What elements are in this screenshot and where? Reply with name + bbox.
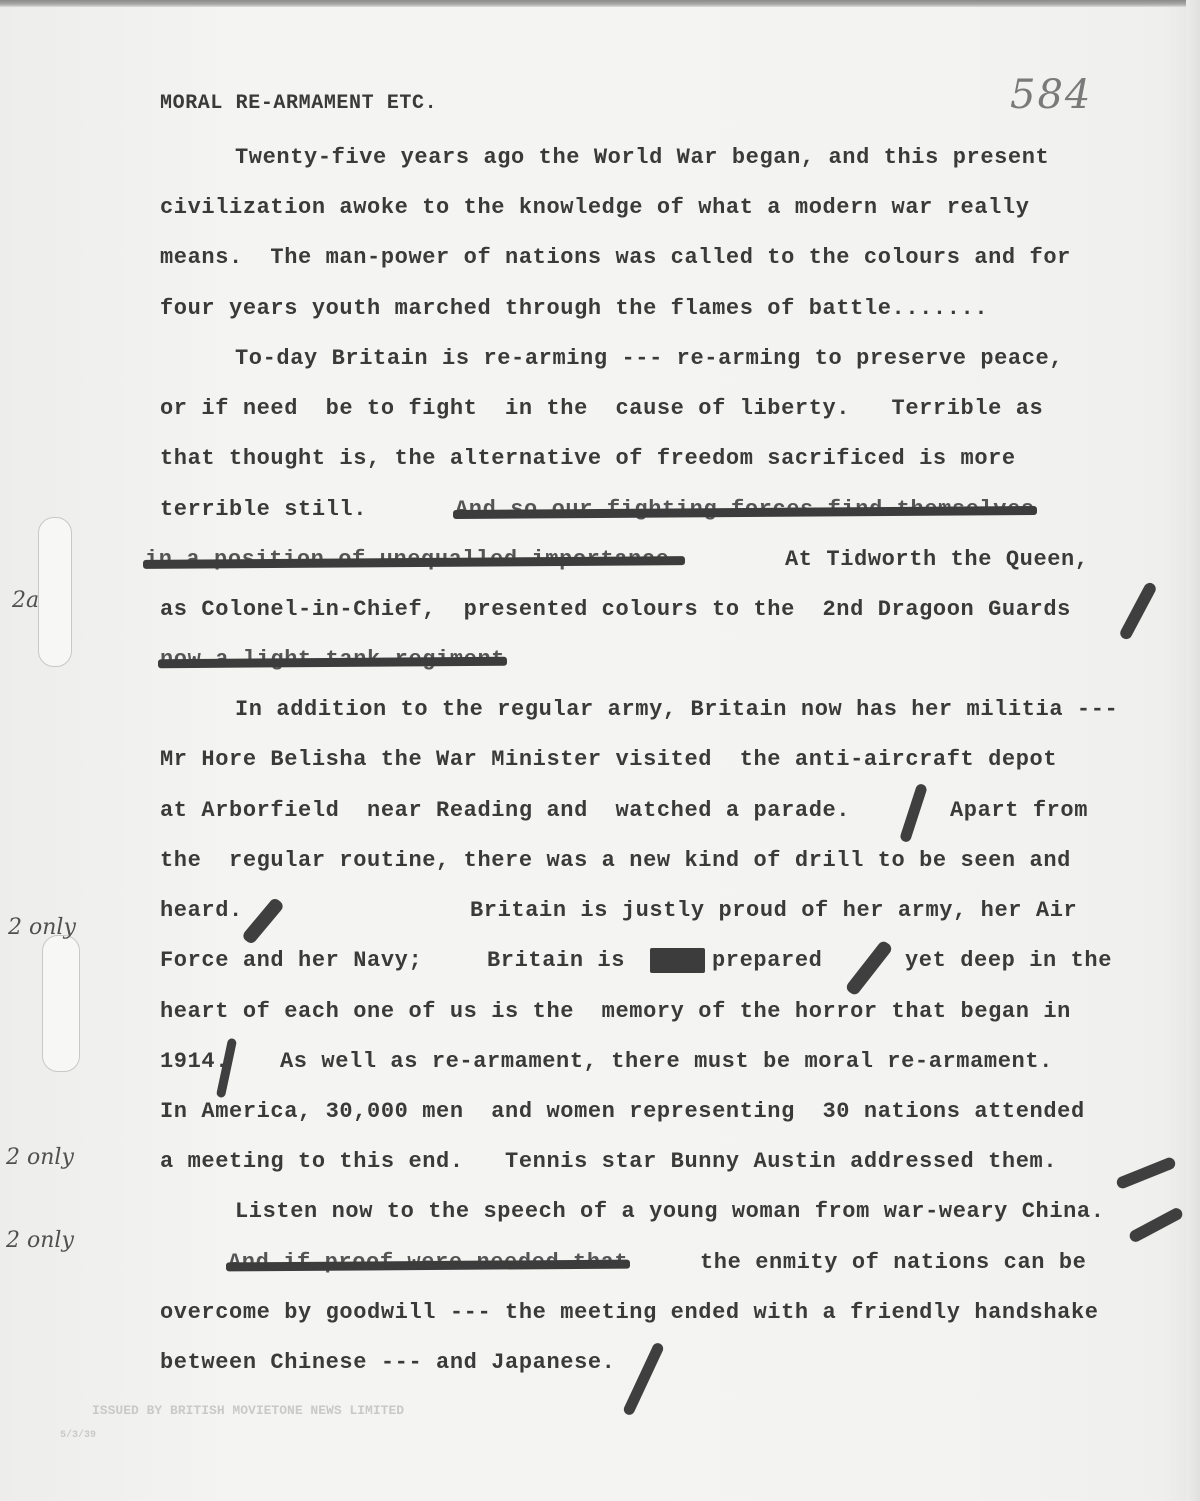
text-line: Mr Hore Belisha the War Minister visited… xyxy=(160,747,1057,772)
margin-note: 2 only xyxy=(6,1145,74,1170)
text-line: a meeting to this end. Tennis star Bunny… xyxy=(160,1149,1057,1174)
text-line: yet deep in the xyxy=(905,948,1112,973)
text-line: As well as re-armament, there must be mo… xyxy=(280,1049,1053,1074)
struck-text: now a light tank regiment xyxy=(160,647,505,672)
text-line: the enmity of nations can be xyxy=(700,1250,1086,1275)
handwritten-page-number: 584 xyxy=(1010,72,1092,118)
text-line: that thought is, the alternative of free… xyxy=(160,446,1016,471)
text-line: between Chinese --- and Japanese. xyxy=(160,1350,615,1375)
punch-hole xyxy=(38,517,72,667)
punch-hole xyxy=(42,935,80,1072)
edit-slash-mark xyxy=(899,783,928,843)
text-line: four years youth marched through the fla… xyxy=(160,296,988,321)
text-line: Britain is xyxy=(487,948,625,973)
text-line: the regular routine, there was a new kin… xyxy=(160,848,1071,873)
text-line: 1914. xyxy=(160,1049,229,1074)
edit-slash-mark xyxy=(1128,1206,1185,1244)
document-page: MORAL RE-ARMAMENT ETC. 584 Twenty-five y… xyxy=(0,0,1200,1501)
margin-note: 2a xyxy=(12,588,39,613)
edit-slash-mark xyxy=(844,939,893,996)
faded-footer-text: ISSUED BY BRITISH MOVIETONE NEWS LIMITED xyxy=(92,1403,404,1418)
struck-text: papa xyxy=(650,948,705,973)
text-line: heard. xyxy=(160,898,243,923)
struck-text: in a position of unequalled importance. xyxy=(145,547,683,572)
text-line: Force and her Navy; xyxy=(160,948,422,973)
faded-footer-date: 5/3/39 xyxy=(60,1430,96,1441)
document-title: MORAL RE-ARMAMENT ETC. xyxy=(160,92,437,115)
text-line: means. The man-power of nations was call… xyxy=(160,245,1071,270)
edit-slash-mark xyxy=(241,897,285,946)
scan-right-edge xyxy=(1186,0,1200,1501)
text-line: In addition to the regular army, Britain… xyxy=(235,697,1118,722)
text-line: heart of each one of us is the memory of… xyxy=(160,999,1071,1024)
text-line: Listen now to the speech of a young woma… xyxy=(235,1199,1105,1224)
edit-slash-mark xyxy=(622,1341,665,1416)
margin-note: 2 only xyxy=(6,1228,74,1253)
struck-text: And if proof were needed that xyxy=(228,1250,628,1275)
text-line: overcome by goodwill --- the meeting end… xyxy=(160,1300,1099,1325)
text-line: To-day Britain is re-arming --- re-armin… xyxy=(235,346,1063,371)
struck-text: And so our fighting forces find themselv… xyxy=(455,497,1035,522)
text-line: At Tidworth the Queen, xyxy=(785,547,1089,572)
text-line: Apart from xyxy=(950,798,1088,823)
text-line: terrible still. xyxy=(160,497,367,522)
text-line: In America, 30,000 men and women represe… xyxy=(160,1099,1085,1124)
text-line: civilization awoke to the knowledge of w… xyxy=(160,195,1030,220)
text-line: Twenty-five years ago the World War bega… xyxy=(235,145,1049,170)
text-line: or if need be to fight in the cause of l… xyxy=(160,396,1043,421)
text-line: as Colonel-in-Chief, presented colours t… xyxy=(160,597,1071,622)
text-line: prepared xyxy=(712,948,822,973)
text-line: Britain is justly proud of her army, her… xyxy=(470,898,1077,923)
scan-top-edge xyxy=(0,0,1200,7)
edit-slash-mark xyxy=(1115,1156,1177,1190)
margin-note: 2 only xyxy=(8,915,76,940)
text-line: at Arborfield near Reading and watched a… xyxy=(160,798,850,823)
edit-slash-mark xyxy=(1118,581,1158,641)
